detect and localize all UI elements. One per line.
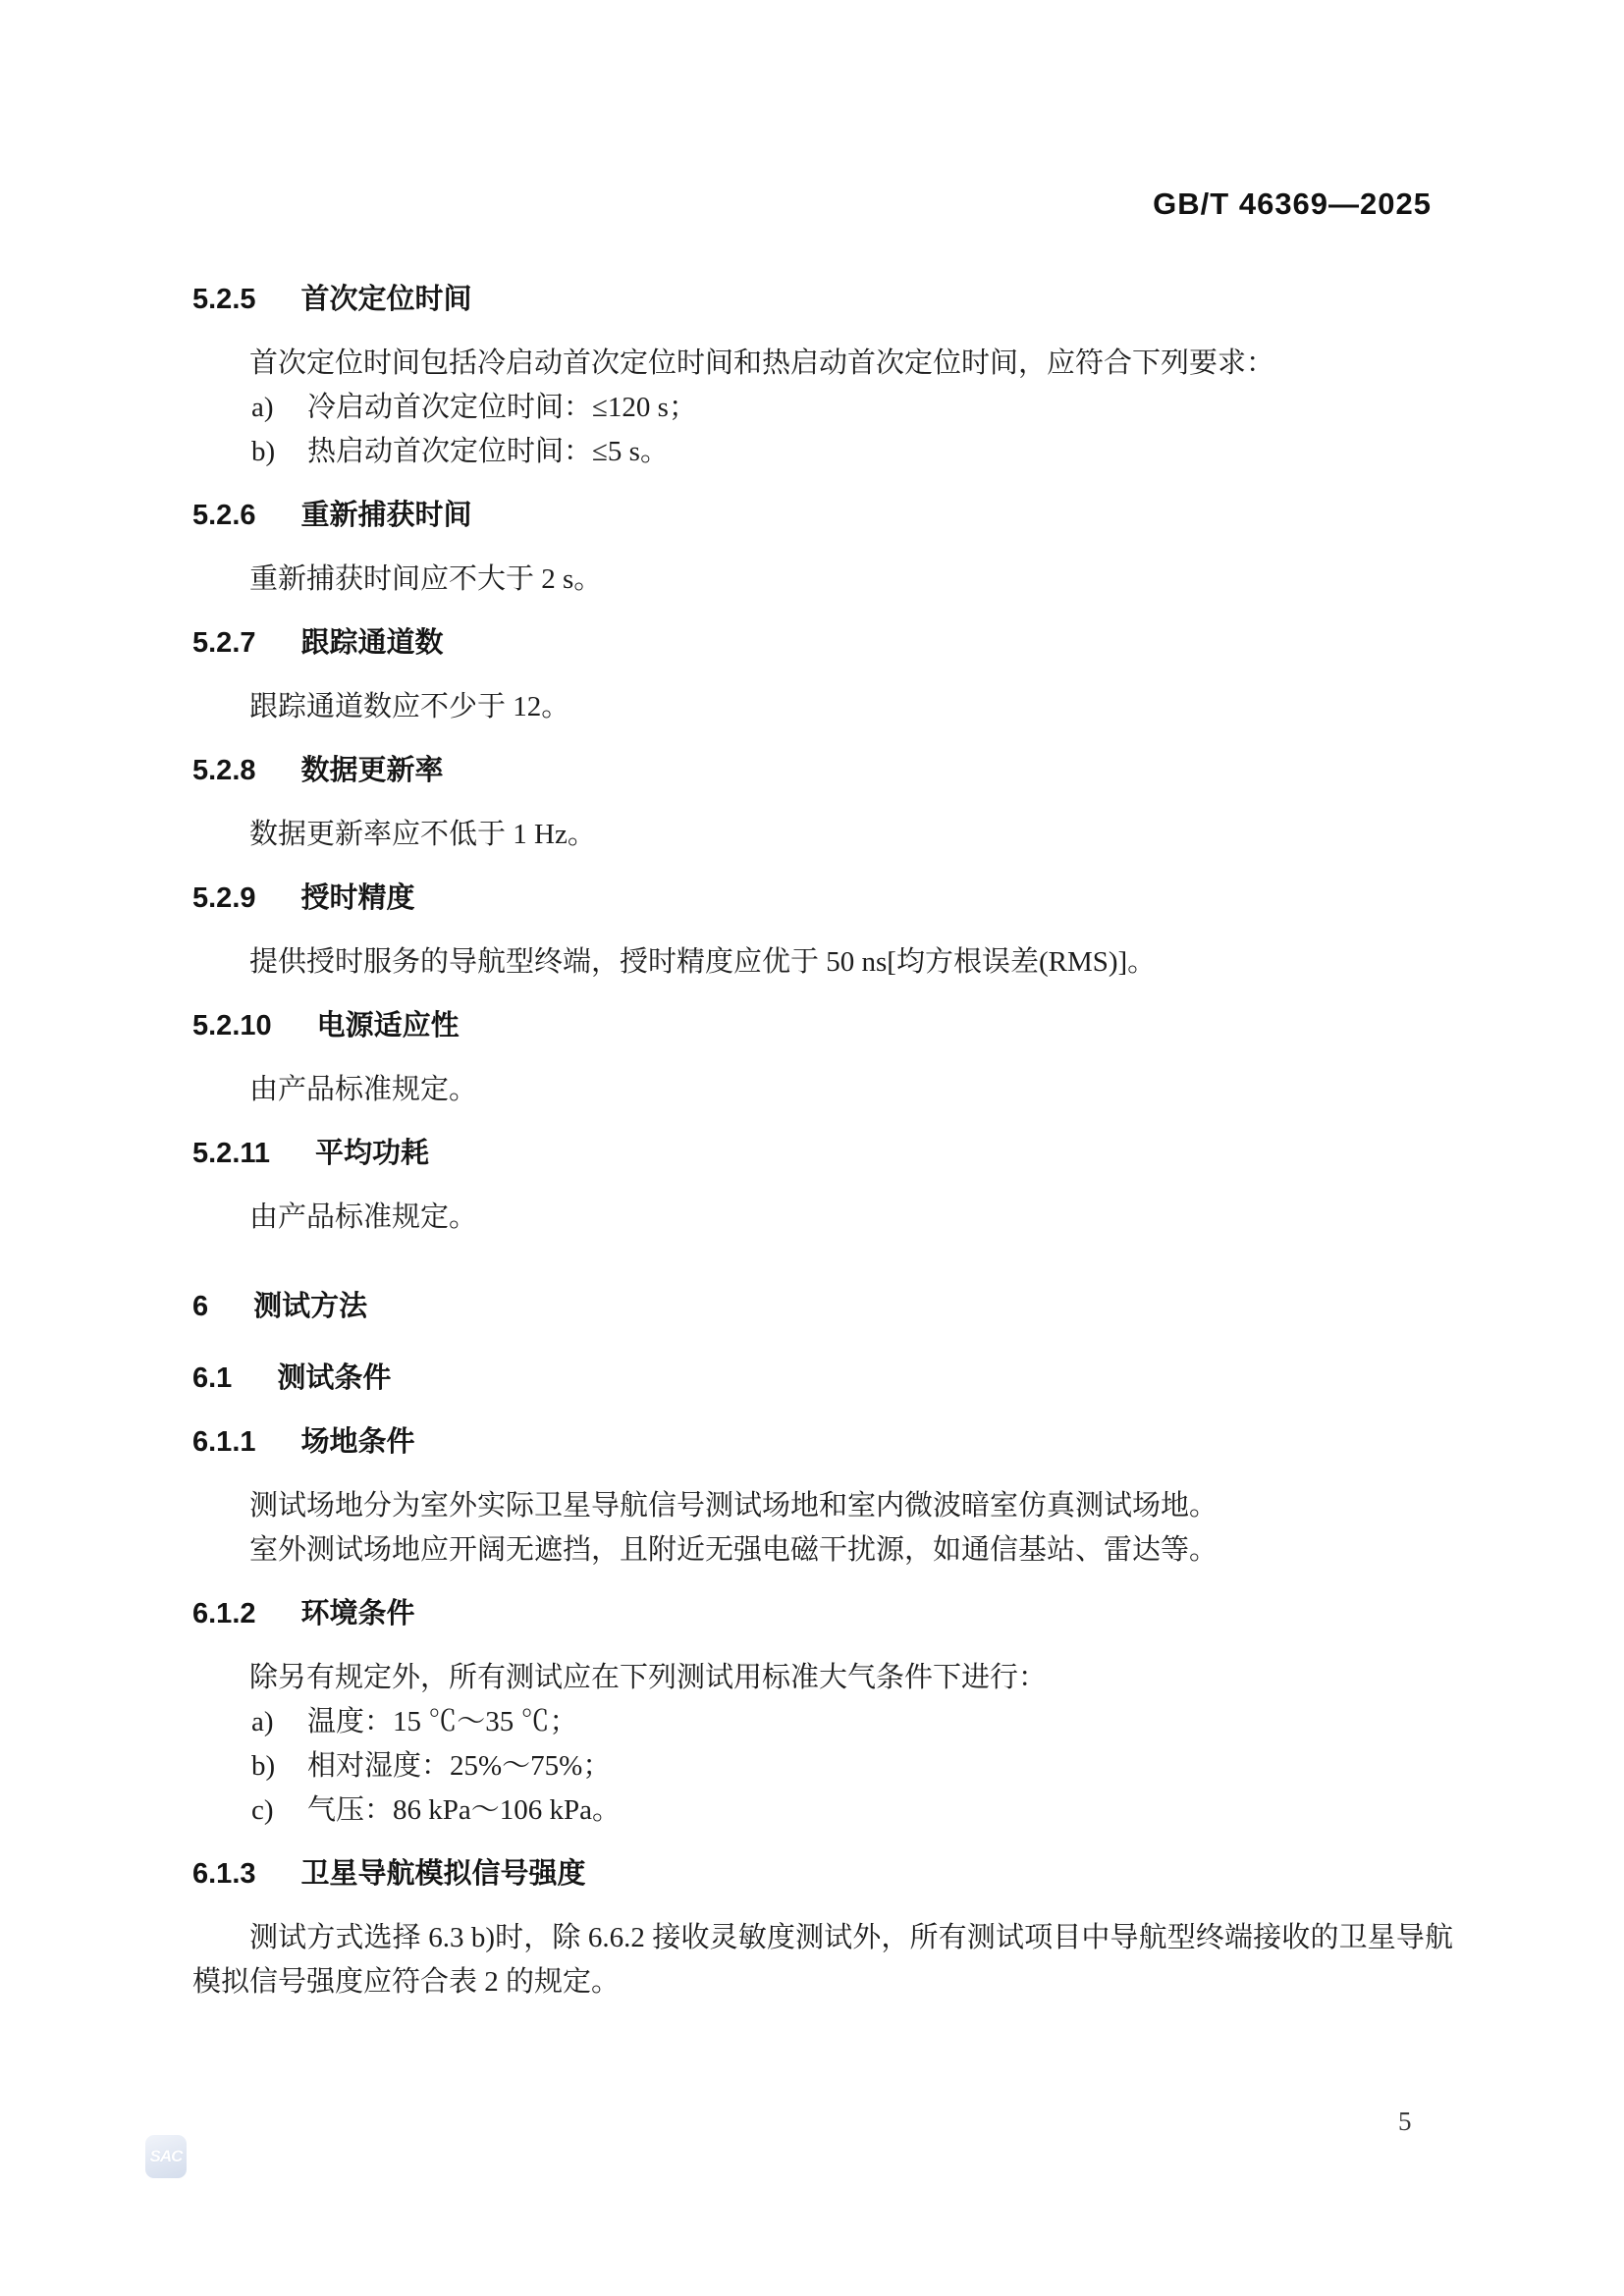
- sac-logo-text: SAC: [150, 2147, 183, 2166]
- page-number: 5: [1398, 2107, 1412, 2137]
- heading-title: 数据更新率: [301, 755, 444, 786]
- heading-5-2-6: 5.2.6重新捕获时间: [192, 494, 1453, 538]
- heading-title: 跟踪通道数: [301, 627, 444, 659]
- heading-number: 5.2.5: [192, 278, 256, 322]
- list-text: 气压：86 kPa～106 kPa。: [307, 1789, 621, 1833]
- paragraph: 首次定位时间包括冷启动首次定位时间和热启动首次定位时间，应符合下列要求：: [192, 342, 1453, 386]
- list-text: 相对湿度：25%～75%；: [307, 1744, 611, 1789]
- heading-5-2-5: 5.2.5首次定位时间: [192, 278, 1453, 322]
- heading-title: 测试方法: [253, 1291, 367, 1322]
- list-marker: b): [251, 430, 307, 474]
- document-body: 5.2.5首次定位时间 首次定位时间包括冷启动首次定位时间和热启动首次定位时间，…: [192, 278, 1453, 2004]
- heading-5-2-8: 5.2.8数据更新率: [192, 749, 1453, 793]
- list-item: c)气压：86 kPa～106 kPa。: [251, 1789, 1453, 1833]
- heading-5-2-9: 5.2.9授时精度: [192, 877, 1453, 921]
- paragraph: 由产品标准规定。: [192, 1068, 1453, 1112]
- heading-title: 平均功耗: [315, 1138, 429, 1169]
- paragraph: 跟踪通道数应不少于 12。: [192, 685, 1453, 729]
- heading-title: 授时精度: [301, 882, 415, 914]
- standard-code: GB/T 46369—2025: [1153, 187, 1432, 222]
- heading-number: 5.2.6: [192, 494, 256, 538]
- heading-number: 5.2.10: [192, 1004, 272, 1048]
- list-text: 热启动首次定位时间：≤5 s。: [307, 430, 669, 474]
- paragraph: 由产品标准规定。: [192, 1196, 1453, 1240]
- paragraph: 测试方式选择 6.3 b)时，除 6.6.2 接收灵敏度测试外，所有测试项目中导…: [192, 1916, 1453, 2004]
- heading-number: 6: [192, 1285, 208, 1329]
- paragraph: 重新捕获时间应不大于 2 s。: [192, 558, 1453, 602]
- list-item: b)相对湿度：25%～75%；: [251, 1744, 1453, 1789]
- sac-logo: SAC: [145, 2135, 187, 2178]
- list-marker: b): [251, 1744, 307, 1789]
- paragraph: 室外测试场地应开阔无遮挡，且附近无强电磁干扰源，如通信基站、雷达等。: [192, 1528, 1453, 1573]
- paragraph: 除另有规定外，所有测试应在下列测试用标准大气条件下进行：: [192, 1656, 1453, 1700]
- heading-title: 卫星导航模拟信号强度: [301, 1858, 586, 1890]
- heading-number: 6.1: [192, 1357, 232, 1401]
- paragraph: 测试场地分为室外实际卫星导航信号测试场地和室内微波暗室仿真测试场地。: [192, 1484, 1453, 1528]
- heading-6-1-1: 6.1.1场地条件: [192, 1420, 1453, 1465]
- paragraph: 数据更新率应不低于 1 Hz。: [192, 813, 1453, 857]
- list-text: 温度：15 ℃～35 ℃；: [307, 1700, 578, 1744]
- heading-number: 6.1.2: [192, 1592, 256, 1636]
- list-marker: c): [251, 1789, 307, 1833]
- heading-title: 首次定位时间: [301, 284, 472, 315]
- heading-number: 5.2.9: [192, 877, 256, 921]
- heading-6-1-2: 6.1.2环境条件: [192, 1592, 1453, 1636]
- heading-title: 测试条件: [277, 1362, 391, 1394]
- document-page: GB/T 46369—2025 5.2.5首次定位时间 首次定位时间包括冷启动首…: [0, 0, 1624, 2296]
- list-item: a)冷启动首次定位时间：≤120 s；: [251, 386, 1453, 430]
- heading-number: 6.1.1: [192, 1420, 256, 1465]
- heading-5-2-11: 5.2.11平均功耗: [192, 1132, 1453, 1176]
- list-item: b)热启动首次定位时间：≤5 s。: [251, 430, 1453, 474]
- heading-title: 电源适应性: [317, 1010, 460, 1041]
- list-marker: a): [251, 1700, 307, 1744]
- list-text: 冷启动首次定位时间：≤120 s；: [307, 386, 697, 430]
- list-item: a)温度：15 ℃～35 ℃；: [251, 1700, 1453, 1744]
- heading-5-2-7: 5.2.7跟踪通道数: [192, 621, 1453, 666]
- heading-title: 环境条件: [301, 1598, 415, 1629]
- heading-number: 6.1.3: [192, 1852, 256, 1896]
- heading-number: 5.2.8: [192, 749, 256, 793]
- heading-6-1-3: 6.1.3卫星导航模拟信号强度: [192, 1852, 1453, 1896]
- heading-6: 6测试方法: [192, 1285, 1453, 1329]
- paragraph: 提供授时服务的导航型终端，授时精度应优于 50 ns[均方根误差(RMS)]。: [192, 940, 1453, 985]
- heading-title: 场地条件: [301, 1426, 415, 1458]
- heading-number: 5.2.11: [192, 1132, 270, 1176]
- heading-6-1: 6.1测试条件: [192, 1357, 1453, 1401]
- heading-number: 5.2.7: [192, 621, 256, 666]
- list-marker: a): [251, 386, 307, 430]
- heading-5-2-10: 5.2.10电源适应性: [192, 1004, 1453, 1048]
- heading-title: 重新捕获时间: [301, 500, 472, 531]
